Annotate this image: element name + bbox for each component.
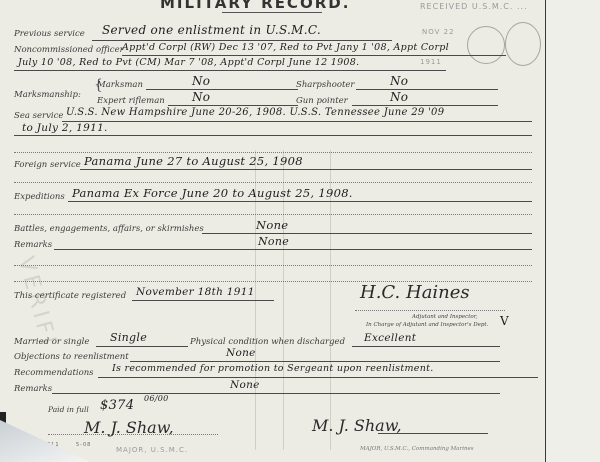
certificate-registered-line bbox=[132, 300, 274, 301]
sea-service-value-1: U.S.S. New Hampshire June 20-26, 1908. U… bbox=[66, 107, 444, 118]
married-or-single-line bbox=[96, 346, 188, 347]
title-underline bbox=[222, 12, 322, 13]
paid-in-full-label: Paid in full bbox=[48, 405, 89, 414]
expert-rifleman-value: No bbox=[192, 90, 210, 104]
paid-in-full-value: $374 bbox=[100, 398, 134, 413]
adjutant-title-2: In Charge of Adjutant and Inspector's De… bbox=[366, 322, 488, 328]
foreign-service-line bbox=[80, 169, 532, 170]
objections-value: None bbox=[226, 347, 256, 359]
postmark-circle-icon bbox=[505, 22, 541, 66]
dotted-divider bbox=[14, 265, 532, 266]
expeditions-value: Panama Ex Force June 20 to August 25, 19… bbox=[72, 186, 353, 200]
sharpshooter-label: Sharpshooter bbox=[296, 80, 354, 90]
noncommissioned-officer-line bbox=[122, 55, 506, 56]
stamp-date-fragment: NOV 22 bbox=[422, 28, 455, 36]
marksman-value: No bbox=[192, 74, 210, 88]
noncommissioned-officer-value-1: Appt'd Corpl (RW) Dec 13 '07, Red to Pvt… bbox=[122, 42, 449, 53]
remarks-line bbox=[54, 249, 532, 250]
adjutant-title-1: Adjutant and Inspector, bbox=[412, 314, 478, 320]
expert-rifleman-line bbox=[168, 105, 298, 106]
commanding-officer-title: MAJOR, U.S.M.C., Commanding Marines bbox=[360, 446, 474, 452]
noncommissioned-officer-label: Noncommissioned officer bbox=[14, 45, 124, 55]
physical-condition-label: Physical condition when discharged bbox=[190, 337, 345, 347]
stamp-date-fragment: 1911 bbox=[420, 58, 442, 66]
remarks-label: Remarks bbox=[14, 240, 52, 250]
expeditions-label: Expeditions bbox=[14, 192, 65, 202]
objections-label: Objections to reenlistment bbox=[14, 352, 129, 362]
battles-line bbox=[202, 233, 532, 234]
noncommissioned-officer-value-2: July 10 '08, Red to Pvt (CM) Mar 7 '08, … bbox=[18, 57, 359, 68]
objections-line bbox=[130, 361, 500, 362]
sea-service-line-2 bbox=[14, 135, 532, 136]
gun-pointer-label: Gun pointer bbox=[296, 96, 348, 106]
noncommissioned-officer-line-2 bbox=[14, 70, 446, 71]
foreign-service-label: Foreign service bbox=[14, 160, 81, 170]
recommendations-label: Recommendations bbox=[14, 368, 94, 378]
married-or-single-value: Single bbox=[110, 331, 147, 344]
paymaster-title: MAJOR, U.S.M.C. bbox=[116, 446, 188, 454]
marksmanship-label: Marksmanship: bbox=[14, 90, 81, 100]
previous-service-value: Served one enlistment in U.S.M.C. bbox=[102, 23, 321, 37]
remarks-line-2 bbox=[52, 393, 500, 394]
commanding-signature-line bbox=[378, 433, 488, 434]
sharpshooter-value: No bbox=[390, 74, 408, 88]
recommendations-line bbox=[98, 377, 538, 378]
remarks-value: None bbox=[258, 235, 289, 248]
check-mark: V bbox=[500, 314, 509, 328]
certificate-registered-value: November 18th 1911 bbox=[136, 286, 255, 298]
certificate-registered-label: This certificate registered bbox=[14, 291, 126, 301]
remarks-label-2: Remarks bbox=[14, 384, 52, 394]
sea-service-label: Sea service bbox=[14, 111, 63, 121]
marksman-label: Marksman bbox=[97, 80, 143, 90]
adjutant-signature-line bbox=[355, 310, 505, 311]
physical-condition-value: Excellent bbox=[364, 332, 416, 344]
battles-label: Battles, engagements, affairs, or skirmi… bbox=[14, 224, 204, 234]
sea-service-value-2: to July 2, 1911. bbox=[22, 122, 108, 134]
paymaster-signature-line bbox=[48, 434, 218, 435]
battles-value: None bbox=[256, 218, 288, 232]
foreign-service-value: Panama June 27 to August 25, 1908 bbox=[84, 154, 303, 168]
postmark-circle-icon bbox=[467, 26, 505, 64]
form-area: VERIFI MILITARY RECORD. RECEIVED U.S.M.C… bbox=[0, 0, 546, 462]
previous-service-line bbox=[92, 40, 392, 41]
dotted-divider bbox=[14, 182, 532, 183]
document-page: VERIFI MILITARY RECORD. RECEIVED U.S.M.C… bbox=[0, 0, 600, 462]
marksman-line bbox=[146, 89, 298, 90]
physical-condition-line bbox=[352, 346, 500, 347]
gun-pointer-line bbox=[352, 105, 498, 106]
previous-service-label: Previous service bbox=[14, 29, 85, 39]
married-or-single-label: Married or single bbox=[14, 337, 89, 347]
adjutant-signature: H.C. Haines bbox=[360, 282, 470, 303]
sea-service-line bbox=[62, 121, 532, 122]
expeditions-line bbox=[68, 201, 532, 202]
dotted-divider bbox=[14, 214, 532, 215]
received-stamp-text: RECEIVED U.S.M.C. ... bbox=[420, 2, 528, 11]
recommendations-value: Is recommended for promotion to Sergeant… bbox=[112, 363, 434, 374]
gun-pointer-value: No bbox=[390, 90, 408, 104]
dotted-divider bbox=[14, 152, 532, 153]
form-code-right: 5-08 bbox=[76, 442, 91, 448]
document-title: MILITARY RECORD. bbox=[160, 0, 350, 12]
sharpshooter-line bbox=[356, 89, 498, 90]
paid-in-full-cents: 06/00 bbox=[144, 394, 169, 403]
expert-rifleman-label: Expert rifleman bbox=[97, 96, 165, 106]
remarks-value-2: None bbox=[230, 379, 260, 391]
